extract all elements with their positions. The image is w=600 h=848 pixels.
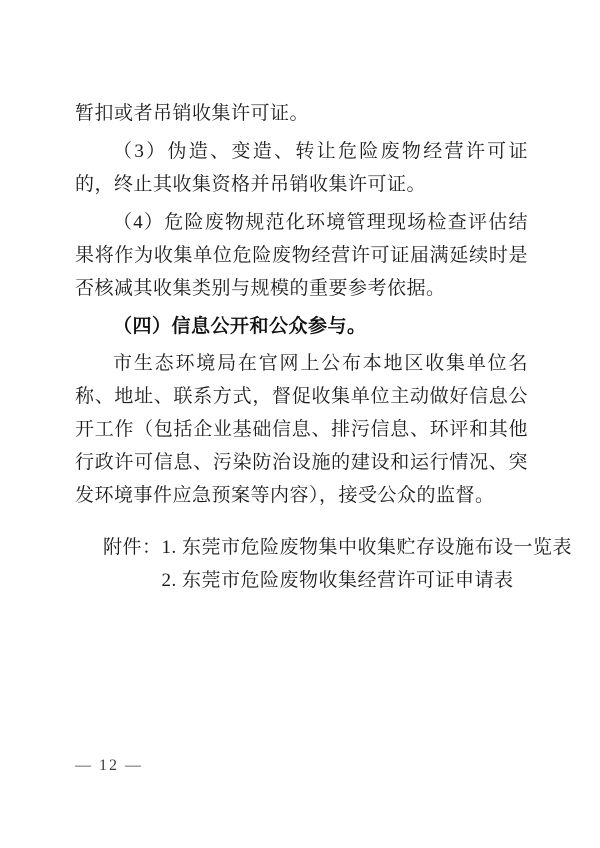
- attachment-item-2: 2. 东莞市危险废物收集经营许可证申请表: [162, 564, 573, 597]
- paragraph-continuation: 暂扣或者吊销收集许可证。: [75, 97, 528, 130]
- attachments-block: 附件： 1. 东莞市危险废物集中收集贮存设施布设一览表 2. 东莞市危险废物收集…: [103, 531, 528, 597]
- document-page: 暂扣或者吊销收集许可证。 （3）伪造、变造、转让危险废物经营许可证的，终止其收集…: [0, 0, 600, 848]
- paragraph-item-4: （4）危险废物规范化环境管理现场检查评估结果将作为收集单位危险废物经营许可证届满…: [75, 206, 528, 305]
- section-heading-info-disclosure: （四）信息公开和公众参与。: [75, 310, 528, 343]
- attachments-list: 1. 东莞市危险废物集中收集贮存设施布设一览表 2. 东莞市危险废物收集经营许可…: [162, 531, 573, 597]
- paragraph-info-disclosure-body: 市生态环境局在官网上公布本地区收集单位名称、地址、联系方式，督促收集单位主动做好…: [75, 347, 528, 512]
- document-body: 暂扣或者吊销收集许可证。 （3）伪造、变造、转让危险废物经营许可证的，终止其收集…: [75, 97, 528, 597]
- page-number: — 12 —: [75, 757, 143, 775]
- attachment-item-1: 1. 东莞市危险废物集中收集贮存设施布设一览表: [162, 531, 573, 564]
- paragraph-item-3: （3）伪造、变造、转让危险废物经营许可证的，终止其收集资格并吊销收集许可证。: [75, 135, 528, 201]
- attachments-label: 附件：: [103, 531, 162, 597]
